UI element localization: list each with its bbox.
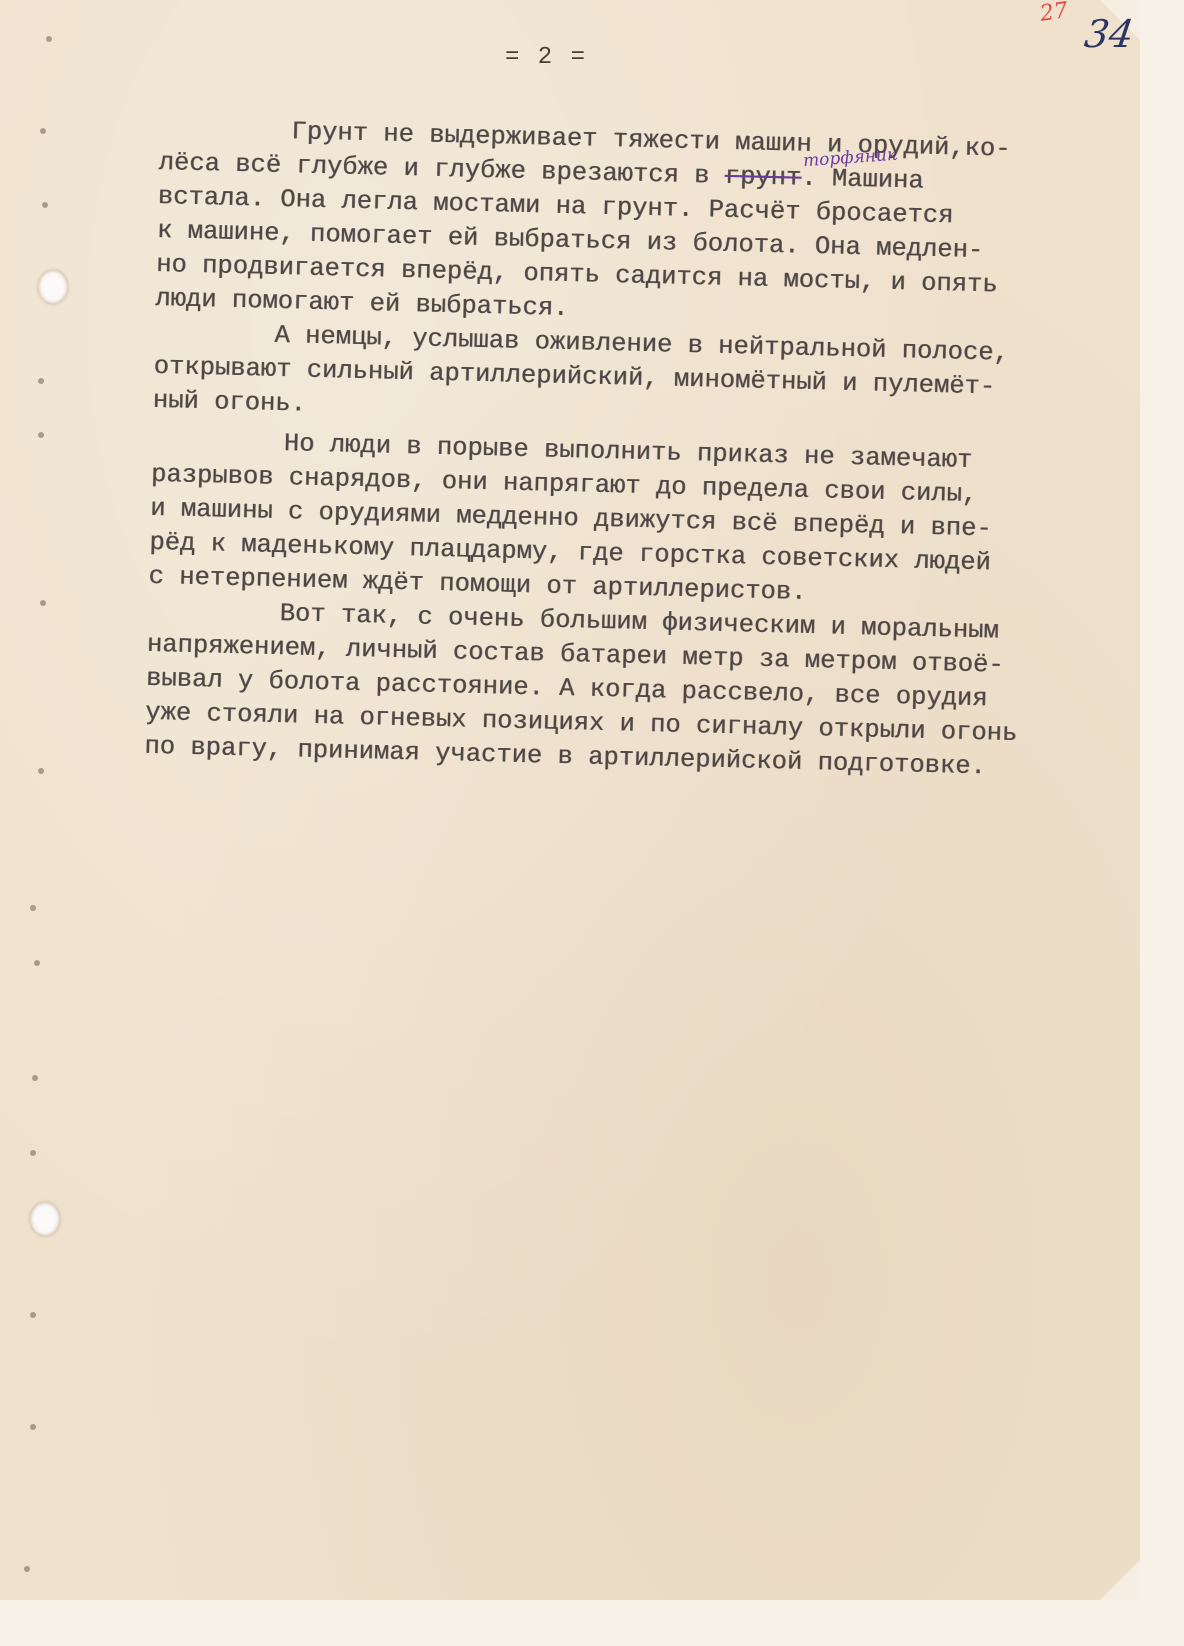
binding-mark [40, 128, 46, 134]
binding-mark [30, 1424, 36, 1430]
folio-number: 34 [1082, 12, 1137, 56]
binding-mark [42, 202, 48, 208]
punch-hole [38, 270, 68, 304]
punch-hole [30, 1202, 60, 1236]
binding-mark [30, 1150, 36, 1156]
binding-mark [38, 378, 44, 384]
binding-mark [38, 768, 44, 774]
line-part: . Машина [801, 164, 924, 196]
page-number: = 2 = [505, 44, 587, 71]
typewritten-body: Грунт не выдерживает тяжести машин и ору… [144, 112, 1090, 787]
binding-mark [40, 600, 46, 606]
scan-margin-bottom [0, 1600, 1184, 1646]
struck-word: грунт [724, 162, 801, 193]
binding-mark [46, 36, 52, 42]
binding-mark [38, 432, 44, 438]
binding-mark [34, 960, 40, 966]
scan-margin-right [1140, 0, 1184, 1646]
binding-mark [32, 1075, 38, 1081]
binding-mark [30, 905, 36, 911]
binding-mark [24, 1566, 30, 1572]
archive-red-mark: 27 [1038, 0, 1069, 27]
binding-mark [30, 1312, 36, 1318]
